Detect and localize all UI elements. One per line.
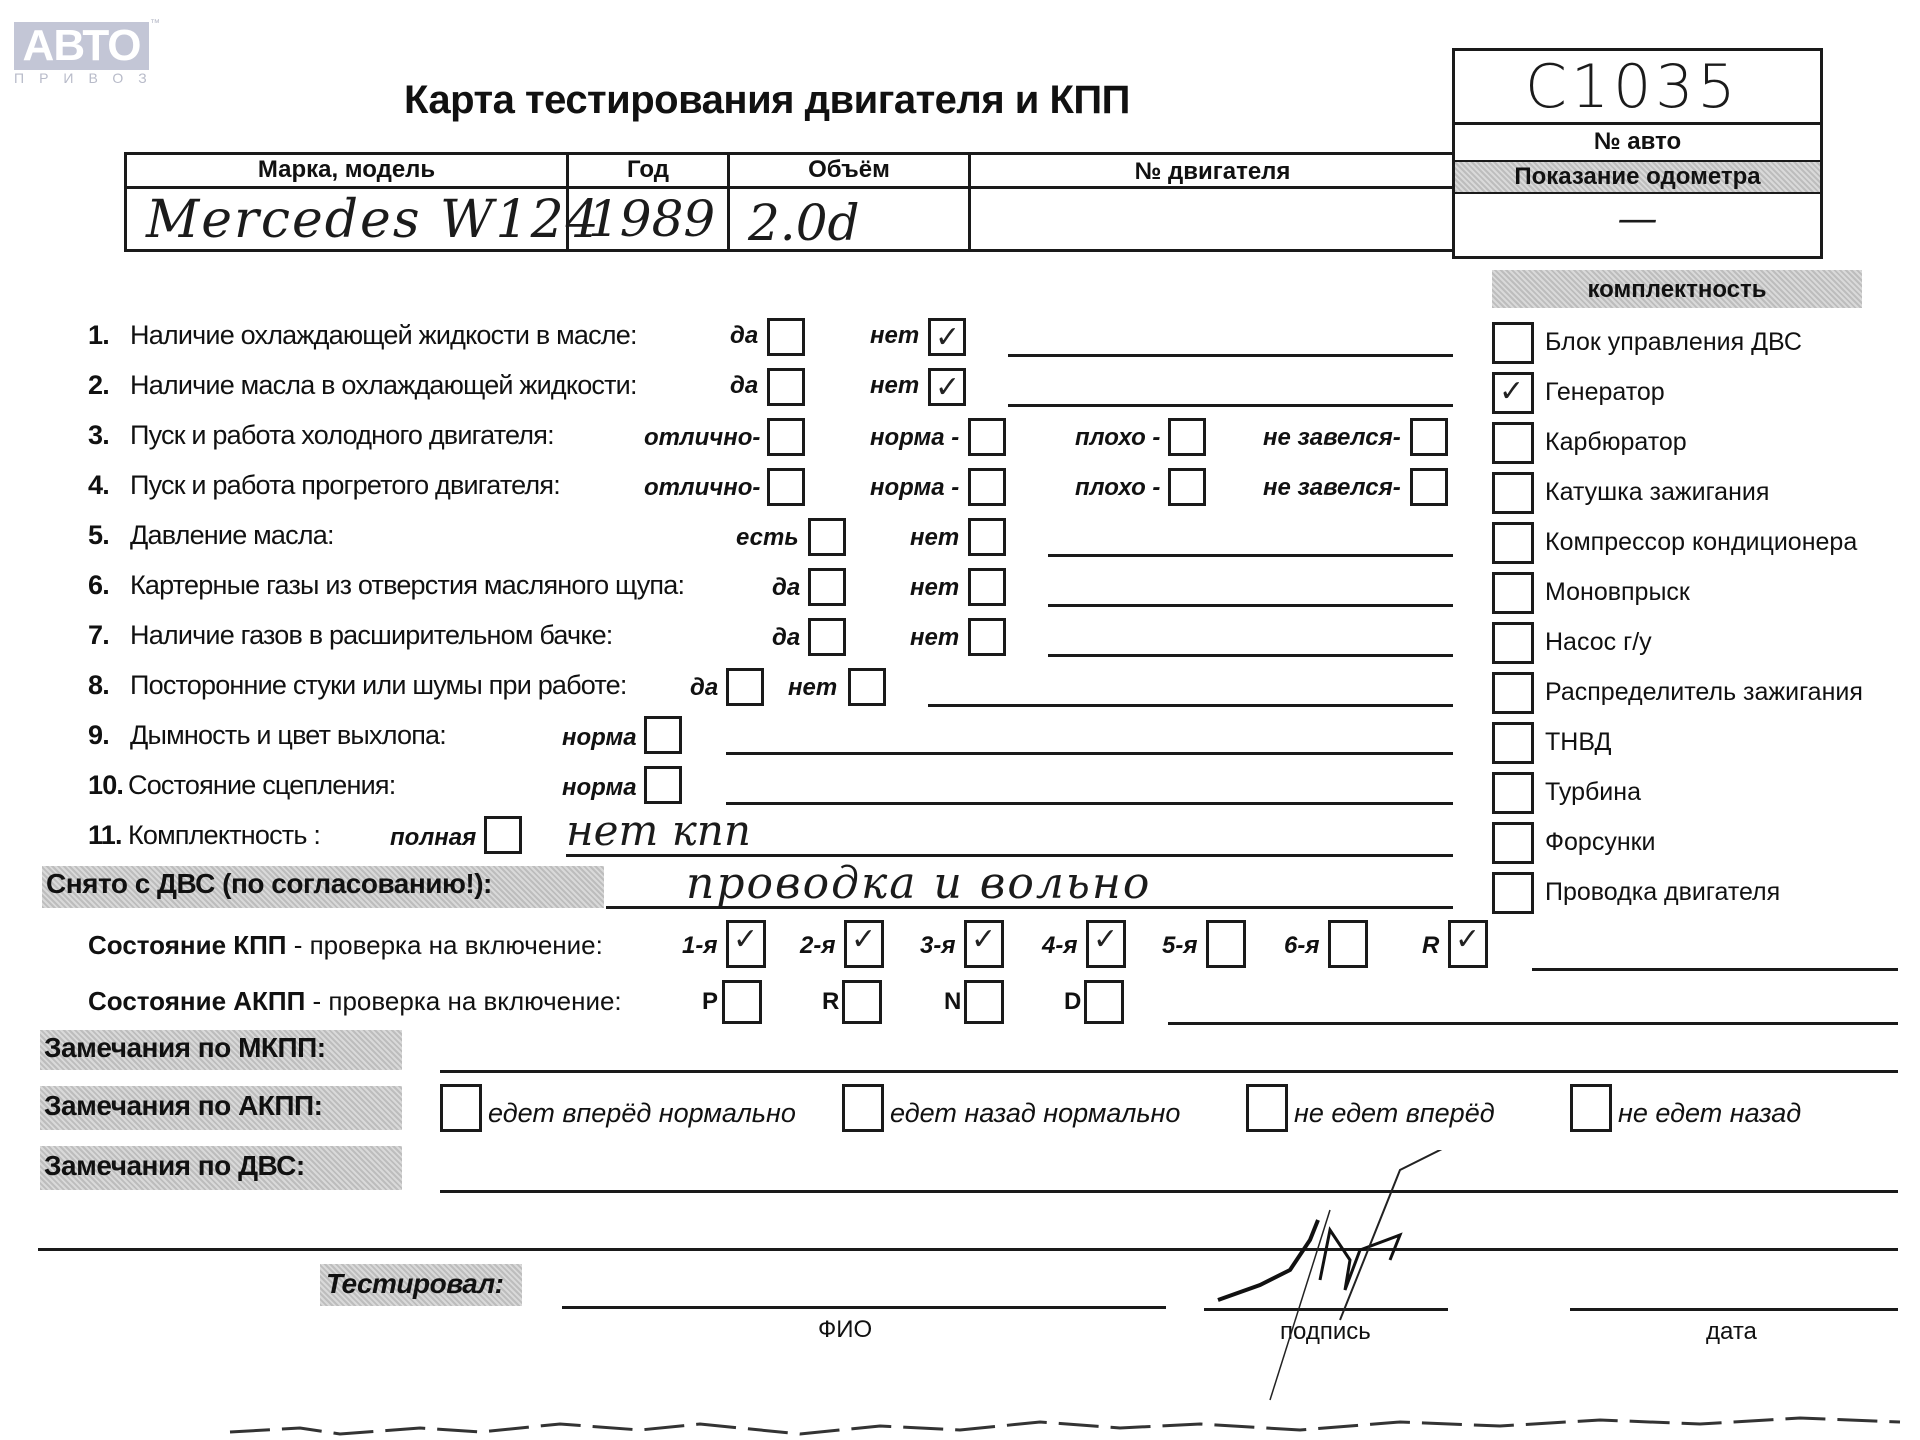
q6-no-label: нет [910,574,959,602]
fio-line[interactable] [562,1306,1166,1309]
completeness-item-label: Насос г/у [1545,628,1652,657]
date-caption: дата [1706,1318,1757,1346]
completeness-item-label: Проводка двигателя [1545,878,1780,907]
completeness-item-label: Карбюратор [1545,428,1687,457]
akpp-remark-label: едет вперёд нормально [488,1098,796,1129]
odometer-label: Показание одометра [1455,163,1820,191]
check-mark-icon: ✓ [971,923,996,957]
question-11: 11.Комплектность : [88,820,320,851]
completeness-checkbox[interactable] [1492,322,1534,364]
year-value[interactable]: 1989 [588,190,715,248]
check-mark-icon: ✓ [935,371,960,405]
q6-no-checkbox[interactable] [968,568,1006,606]
q7-no-label: нет [910,624,959,652]
completeness-checkbox[interactable] [1492,472,1534,514]
remarks-mkpp-label: Замечания по МКПП: [44,1032,326,1064]
q1-no-checkbox[interactable]: ✓ [928,318,966,356]
completeness-item-label: Блок управления ДВС [1545,328,1802,357]
trademark-mark: ™ [150,18,160,29]
completeness-checkbox[interactable] [1492,522,1534,564]
signature-scribble-icon [1200,1150,1460,1410]
q4-bad-checkbox[interactable] [1168,468,1206,506]
completeness-checkbox[interactable] [1492,622,1534,664]
q3-excellent-checkbox[interactable] [767,418,805,456]
page-title: Карта тестирования двигателя и КПП [404,78,1130,123]
kpp-gear-label: 4-я [1042,932,1077,960]
completeness-checkbox[interactable] [1492,572,1534,614]
completeness-item-label: ТНВД [1545,728,1611,757]
kpp-gear-checkbox[interactable]: ✓ [1448,920,1488,968]
q3-not-started-label: не завелся- [1263,424,1401,452]
akpp-remark-checkbox[interactable] [1570,1084,1612,1132]
q1-option-no-label: нет [870,322,919,350]
q3-bad-checkbox[interactable] [1168,418,1206,456]
removed-label: Снято с ДВС (по согласованию!): [46,868,492,900]
q6-yes-checkbox[interactable] [808,568,846,606]
q5-no-label: нет [910,524,959,552]
kpp-gear-label: 3-я [920,932,955,960]
kpp-gear-checkbox[interactable]: ✓ [1086,920,1126,968]
kpp-gear-checkbox[interactable]: ✓ [726,920,766,968]
q8-yes-checkbox[interactable] [726,668,764,706]
akpp-remark-checkbox[interactable] [440,1084,482,1132]
check-mark-icon: ✓ [935,321,960,355]
check-mark-icon: ✓ [1093,923,1118,957]
akpp-position-checkbox[interactable] [1084,980,1124,1024]
question-7: 7.Наличие газов в расширительном бачке: [88,620,613,651]
q4-excellent-checkbox[interactable] [767,468,805,506]
header-year: Год [569,156,727,184]
completeness-item-label: Турбина [1545,778,1641,807]
completeness-checkbox[interactable] [1492,822,1534,864]
make-model-value[interactable]: Mercedes W124 [146,190,601,250]
q2-option-no-label: нет [870,372,919,400]
question-5: 5.Давление масла: [88,520,334,551]
akpp-remark-checkbox[interactable] [1246,1084,1288,1132]
completeness-header: комплектность [1492,276,1862,304]
q3-normal-label: норма - [870,424,959,452]
fio-caption: ФИО [818,1316,872,1344]
kpp-gear-checkbox[interactable]: ✓ [964,920,1004,968]
q3-normal-checkbox[interactable] [968,418,1006,456]
question-2: 2.Наличие масла в охлаждающей жидкости: [88,370,637,401]
q1-notes-line[interactable] [1008,354,1453,357]
completeness-checkbox[interactable] [1492,672,1534,714]
question-3: 3.Пуск и работа холодного двигателя: [88,420,554,451]
date-line[interactable] [1570,1308,1898,1311]
q2-no-checkbox[interactable]: ✓ [928,368,966,406]
check-mark-icon: ✓ [1455,923,1480,957]
akpp-position-label: D [1064,988,1081,1016]
kpp-gear-label: 5-я [1162,932,1197,960]
akpp-position-checkbox[interactable] [842,980,882,1024]
completeness-item-label: Моновпрыск [1545,578,1690,607]
q9-normal-label: норма [562,724,637,752]
kpp-gear-label: R [1422,932,1439,960]
check-mark-icon: ✓ [733,923,758,957]
completeness-checkbox[interactable] [1492,422,1534,464]
q7-yes-label: да [772,624,800,652]
header-volume: Объём [730,156,968,184]
remarks-mkpp-line[interactable] [440,1070,1898,1073]
q9-normal-checkbox[interactable] [644,716,682,754]
q8-no-label: нет [788,674,837,702]
remarks-extra-line[interactable] [38,1248,1898,1251]
q7-notes-line[interactable] [1048,654,1453,657]
completeness-item-label: Распределитель зажигания [1545,678,1863,707]
q8-yes-label: да [690,674,718,702]
kpp-gear-label: 2-я [800,932,835,960]
question-1: 1.Наличие охлаждающей жидкости в масле: [88,320,637,351]
completeness-item-label: Компрессор кондиционера [1545,528,1857,557]
q7-no-checkbox[interactable] [968,618,1006,656]
completeness-checkbox[interactable]: ✓ [1492,372,1534,414]
q10-normal-checkbox[interactable] [644,766,682,804]
q8-notes-line[interactable] [928,704,1453,707]
q4-not-started-label: не завелся- [1263,474,1401,502]
q5-no-checkbox[interactable] [968,518,1006,556]
akpp-label: Состояние АКПП - проверка на включение: [88,986,622,1017]
q11-full-checkbox[interactable] [484,816,522,854]
completeness-item-label: Катушка зажигания [1545,478,1769,507]
question-9: 9.Дымность и цвет выхлопа: [88,720,446,751]
tested-label: Тестировал: [326,1268,503,1300]
kpp-gear-checkbox[interactable] [1328,920,1368,968]
q5-yes-checkbox[interactable] [808,518,846,556]
q6-notes-line[interactable] [1048,604,1453,607]
q4-bad-label: плохо - [1075,474,1160,502]
auto-number-value[interactable]: C1035 [1525,52,1740,122]
completeness-checkbox[interactable] [1492,872,1534,914]
q5-notes-line[interactable] [1048,554,1453,557]
q11-note[interactable]: нет кпп [566,806,751,855]
kpp-gear-label: 1-я [682,932,717,960]
akpp-notes-line [1168,1022,1898,1025]
q11-full-label: полная [390,824,476,852]
akpp-remark-label: не едет назад [1618,1098,1801,1129]
q3-bad-label: плохо - [1075,424,1160,452]
remarks-akpp-label: Замечания по АКПП: [44,1090,322,1122]
torn-edge-decoration [0,1410,1920,1440]
q1-option-yes-label: да [730,322,758,350]
kpp-gear-label: 6-я [1284,932,1319,960]
kpp-gear-checkbox[interactable] [1206,920,1246,968]
logo-subtitle: ПРИВОЗ [14,70,162,86]
q2-option-yes-label: да [730,372,758,400]
odometer-value[interactable]: — [1455,196,1820,242]
q1-yes-checkbox[interactable] [767,318,805,356]
kpp-label: Состояние КПП - проверка на включение: [88,930,603,961]
removed-notes-line [606,906,1453,909]
remarks-dvs-label: Замечания по ДВС: [44,1150,305,1182]
q10-normal-label: норма [562,774,637,802]
q4-normal-checkbox[interactable] [968,468,1006,506]
q5-yes-label: есть [736,524,799,552]
volume-value[interactable]: 2.0d [748,194,860,252]
akpp-position-label: R [822,988,839,1016]
q2-yes-checkbox[interactable] [767,368,805,406]
auto-number-label: № авто [1455,128,1820,156]
removed-note[interactable]: проводка и вольно [686,858,1151,909]
question-4: 4.Пуск и работа прогретого двигателя: [88,470,560,501]
q11-notes-line [566,854,1453,857]
question-10: 10.Состояние сцепления: [88,770,395,801]
q7-yes-checkbox[interactable] [808,618,846,656]
q2-notes-line[interactable] [1008,404,1453,407]
question-6: 6.Картерные газы из отверстия масляного … [88,570,684,601]
question-8: 8.Посторонние стуки или шумы при работе: [88,670,627,701]
q4-not-started-checkbox[interactable] [1410,468,1448,506]
check-mark-icon: ✓ [851,923,876,957]
q9-notes-line[interactable] [726,752,1453,755]
q6-yes-label: да [772,574,800,602]
completeness-item-label: Форсунки [1545,828,1656,857]
akpp-position-label: N [944,988,961,1016]
q4-excellent-label: отлично- [644,474,760,502]
akpp-position-checkbox[interactable] [964,980,1004,1024]
q3-excellent-label: отлично- [644,424,760,452]
q10-notes-line[interactable] [726,802,1453,805]
akpp-remark-label: не едет вперёд [1294,1098,1495,1129]
akpp-remark-label: едет назад нормально [890,1098,1180,1129]
q3-not-started-checkbox[interactable] [1410,418,1448,456]
remarks-dvs-line[interactable] [440,1190,1898,1193]
q8-no-checkbox[interactable] [848,668,886,706]
q4-normal-label: норма - [870,474,959,502]
akpp-remark-checkbox[interactable] [842,1084,884,1132]
completeness-checkbox[interactable] [1492,772,1534,814]
kpp-notes-line [1532,968,1898,971]
akpp-position-label: P [702,988,718,1016]
completeness-item-label: Генератор [1545,378,1665,407]
akpp-position-checkbox[interactable] [722,980,762,1024]
header-engine-number: № двигателя [971,158,1454,186]
header-make-model: Марка, модель [127,156,566,184]
completeness-checkbox[interactable] [1492,722,1534,764]
check-mark-icon: ✓ [1499,375,1524,409]
kpp-gear-checkbox[interactable]: ✓ [844,920,884,968]
avto-privoz-logo: АВТО [14,22,149,70]
